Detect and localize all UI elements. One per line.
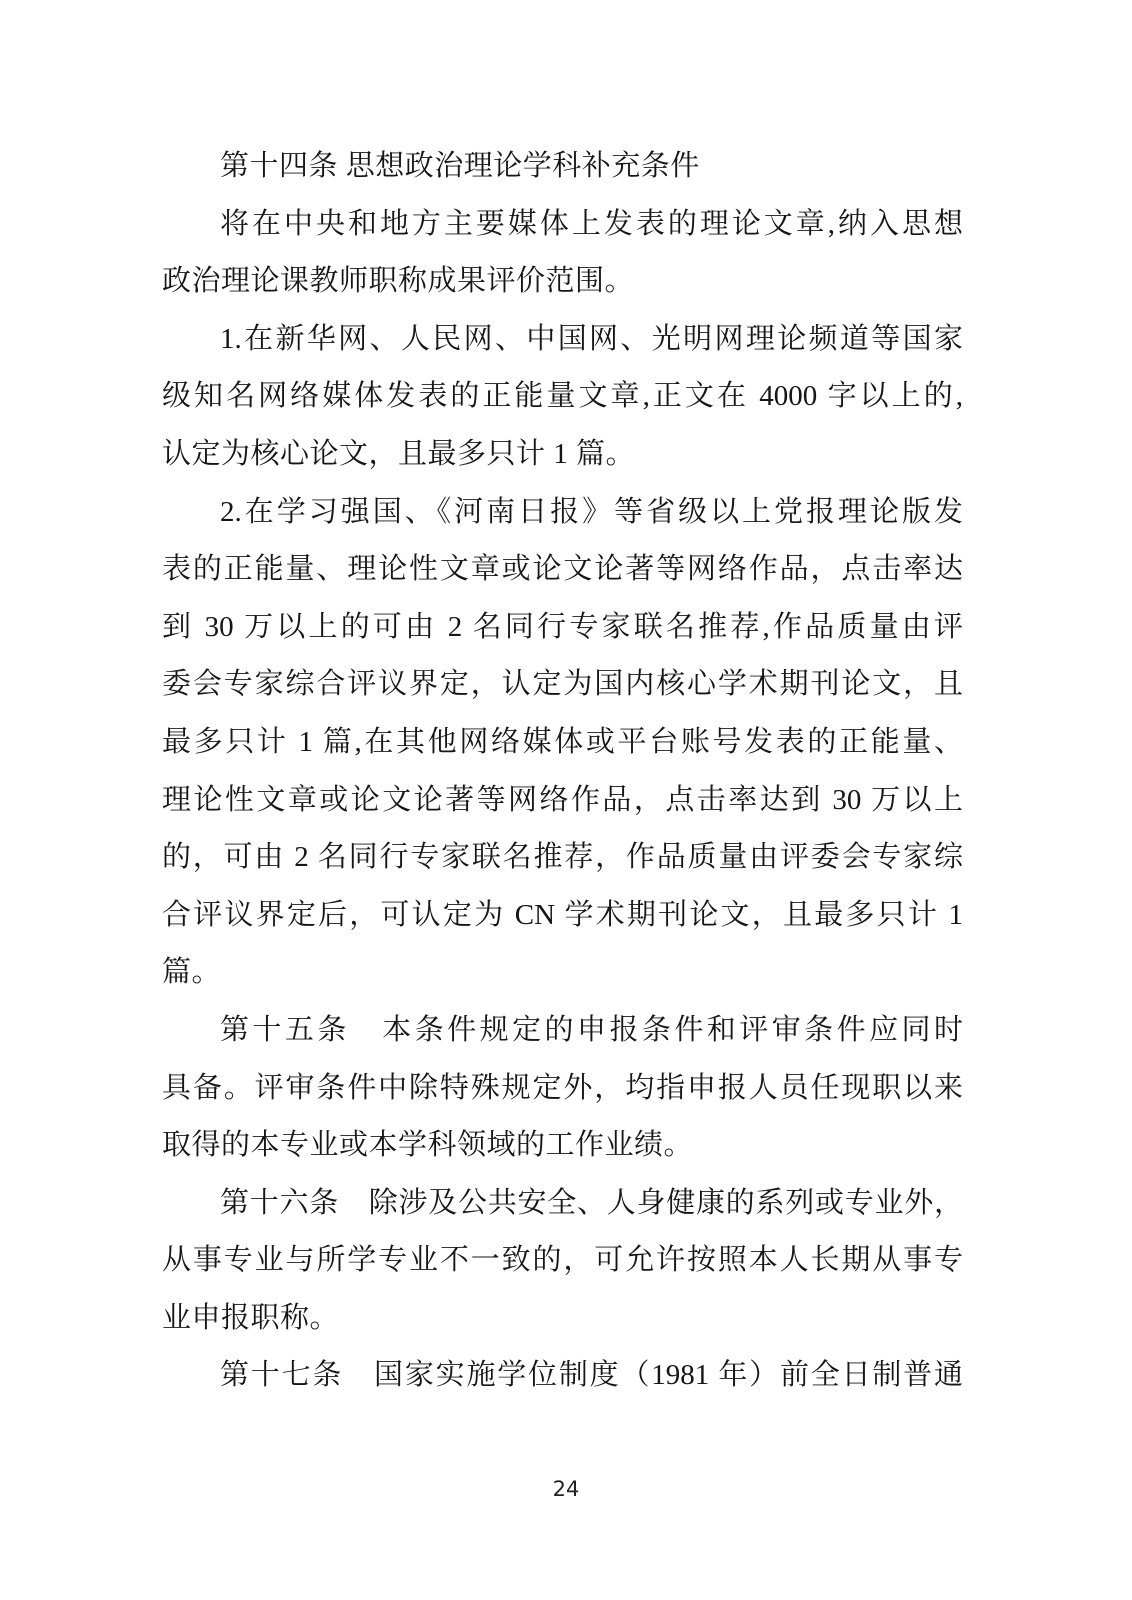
text-line: 理论性文章或论文论著等网络作品，点击率达到 30 万以上 bbox=[162, 772, 963, 830]
text-line: 到 30 万以上的可由 2 名同行专家联名推荐,作品质量由评 bbox=[162, 599, 963, 657]
text-line: 2.在学习强国、《河南日报》等省级以上党报理论版发 bbox=[162, 484, 963, 542]
text-line: 第十四条 思想政治理论学科补充条件 bbox=[162, 138, 963, 196]
text-line: 从事专业与所学专业不一致的，可允许按照本人长期从事专 bbox=[162, 1232, 963, 1290]
text-line: 将在中央和地方主要媒体上发表的理论文章,纳入思想 bbox=[162, 196, 963, 254]
text-line: 最多只计 1 篇,在其他网络媒体或平台账号发表的正能量、 bbox=[162, 714, 963, 772]
text-line: 1.在新华网、人民网、中国网、光明网理论频道等国家 bbox=[162, 311, 963, 369]
text-line: 篇。 bbox=[162, 944, 963, 1002]
text-line: 表的正能量、理论性文章或论文论著等网络作品，点击率达 bbox=[162, 541, 963, 599]
text-line: 的，可由 2 名同行专家联名推荐，作品质量由评委会专家综 bbox=[162, 829, 963, 887]
text-line: 政治理论课教师职称成果评价范围。 bbox=[162, 253, 963, 311]
page-number: 24 bbox=[0, 1477, 1132, 1501]
text-line: 认定为核心论文，且最多只计 1 篇。 bbox=[162, 426, 963, 484]
text-line: 级知名网络媒体发表的正能量文章,正文在 4000 字以上的, bbox=[162, 368, 963, 426]
text-line: 第十七条 国家实施学位制度（1981 年）前全日制普通 bbox=[162, 1347, 963, 1405]
text-line: 合评议界定后，可认定为 CN 学术期刊论文，且最多只计 1 bbox=[162, 887, 963, 945]
text-line: 第十五条 本条件规定的申报条件和评审条件应同时 bbox=[162, 1002, 963, 1060]
text-line: 具备。评审条件中除特殊规定外，均指申报人员任现职以来 bbox=[162, 1060, 963, 1118]
text-line: 取得的本专业或本学科领域的工作业绩。 bbox=[162, 1117, 963, 1175]
text-line: 委会专家综合评议界定，认定为国内核心学术期刊论文，且 bbox=[162, 656, 963, 714]
text-line: 业申报职称。 bbox=[162, 1290, 963, 1348]
document-text-block: 第十四条 思想政治理论学科补充条件将在中央和地方主要媒体上发表的理论文章,纳入思… bbox=[162, 138, 963, 1405]
document-page: 第十四条 思想政治理论学科补充条件将在中央和地方主要媒体上发表的理论文章,纳入思… bbox=[0, 0, 1132, 1600]
text-line: 第十六条 除涉及公共安全、人身健康的系列或专业外， bbox=[162, 1175, 963, 1233]
